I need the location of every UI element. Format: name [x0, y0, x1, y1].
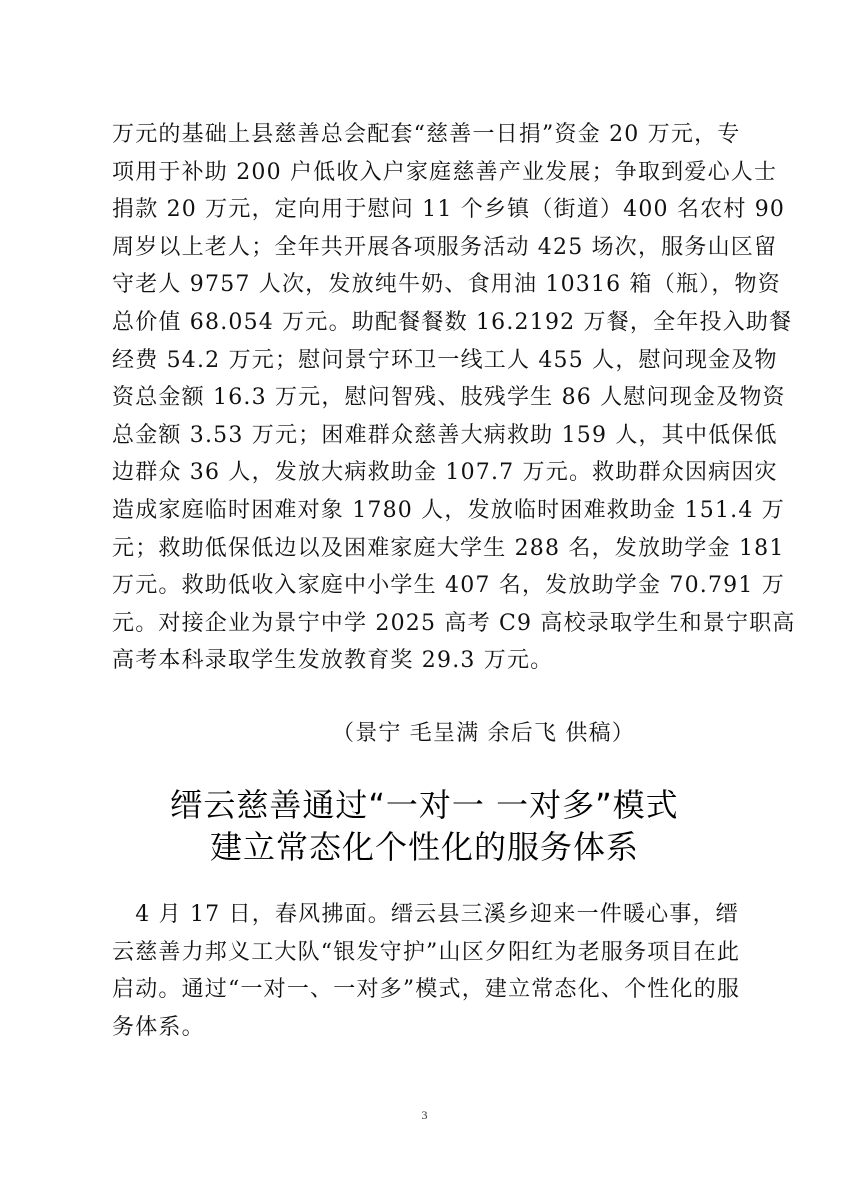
text-line: 边群众 36 人，发放大病救助金 107.7 万元。救助群众因病因灾	[112, 454, 740, 492]
text-line: 高考本科录取学生发放教育奖 29.3 万元。	[112, 642, 740, 680]
text-line: 元；救助低保低边以及困难家庭大学生 288 名，发放助学金 181	[112, 530, 740, 568]
text-line: 总金额 3.53 万元；困难群众慈善大病救助 159 人，其中低保低	[112, 417, 740, 455]
text-line: 云慈善力邦义工大队“银发守护”山区夕阳红为老服务项目在此	[112, 934, 740, 972]
text-line: 捐款 20 万元，定向用于慰问 11 个乡镇（街道）400 名农村 90	[112, 191, 740, 229]
text-line: 资总金额 16.3 万元，慰问智残、肢残学生 86 人慰问现金及物资	[112, 379, 740, 417]
text-line: 万元。救助低收入家庭中小学生 407 名，发放助学金 70.791 万	[112, 567, 740, 605]
document-page: 万元的基础上县慈善总会配套“慈善一日捐”资金 20 万元，专 项用于补助 200…	[0, 0, 849, 1200]
article-title-line-1: 缙云慈善通过“一对一 一对多”模式	[0, 784, 849, 826]
text-line: 守老人 9757 人次，发放纯牛奶、食用油 10316 箱（瓶），物资	[112, 266, 740, 304]
text-line: 万元的基础上县慈善总会配套“慈善一日捐”资金 20 万元，专	[112, 116, 740, 154]
text-line: 经费 54.2 万元；慰问景宁环卫一线工人 455 人，慰问现金及物	[112, 342, 740, 380]
paragraph-continued: 万元的基础上县慈善总会配套“慈善一日捐”资金 20 万元，专 项用于补助 200…	[112, 116, 740, 680]
text-line: 元。对接企业为景宁中学 2025 高考 C9 高校录取学生和景宁职高	[112, 605, 740, 643]
page-number: 3	[0, 1108, 849, 1123]
text-line: 造成家庭临时困难对象 1780 人，发放临时困难救助金 151.4 万	[112, 492, 740, 530]
text-line: 项用于补助 200 户低收入户家庭慈善产业发展；争取到爱心人士	[112, 154, 740, 192]
text-line: 周岁以上老人；全年共开展各项服务活动 425 场次，服务山区留	[112, 229, 740, 267]
text-line: 启动。通过“一对一、一对多”模式，建立常态化、个性化的服	[112, 971, 740, 1009]
byline-signature: （景宁 毛呈满 余后飞 供稿）	[332, 716, 635, 747]
paragraph-new: 4 月 17 日，春风拂面。缙云县三溪乡迎来一件暖心事，缙 云慈善力邦义工大队“…	[112, 896, 740, 1046]
text-line: 总价值 68.054 万元。助配餐餐数 16.2192 万餐，全年投入助餐	[112, 304, 740, 342]
text-line: 4 月 17 日，春风拂面。缙云县三溪乡迎来一件暖心事，缙	[112, 896, 740, 934]
article-title-line-2: 建立常态化个性化的服务体系	[0, 826, 849, 868]
text-line: 务体系。	[112, 1009, 740, 1047]
